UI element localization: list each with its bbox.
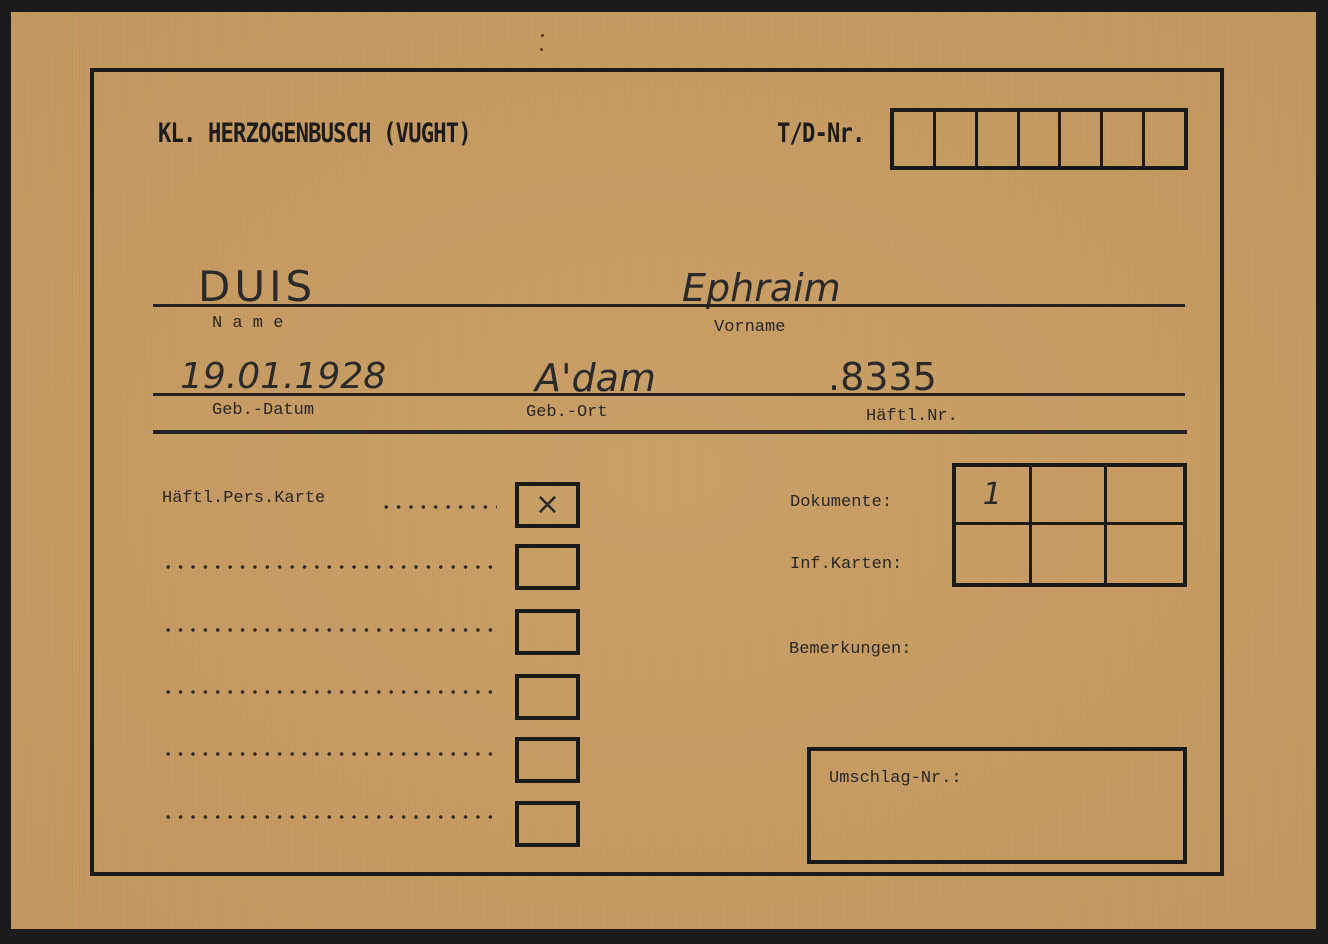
inf-karten-cell[interactable]	[1032, 525, 1108, 583]
fold-line	[71, 12, 84, 929]
geb-datum-value[interactable]: 19.01.1928	[180, 356, 386, 397]
paper-speck	[541, 34, 544, 37]
dokumente-label: Dokumente:	[790, 493, 892, 512]
camp-title: KL. HERZOGENBUSCH (VUGHT)	[158, 118, 471, 149]
geb-datum-label: Geb.-Datum	[212, 401, 314, 420]
checkbox-blank-4[interactable]	[515, 737, 580, 783]
name-label: N a m e	[212, 314, 283, 333]
dotted-leader	[162, 690, 497, 694]
td-number-cell[interactable]	[936, 112, 978, 166]
td-number-cell[interactable]	[894, 112, 936, 166]
inf-karten-cell[interactable]	[1107, 525, 1183, 583]
vorname-label: Vorname	[714, 318, 785, 337]
dotted-leader	[380, 505, 497, 509]
inf-karten-cell[interactable]	[956, 525, 1032, 583]
checkbox-blank-2[interactable]	[515, 609, 580, 655]
haeftl-nr-label: Häftl.Nr.	[866, 407, 958, 426]
documents-grid: 1	[952, 463, 1187, 587]
checkbox-blank-5[interactable]	[515, 801, 580, 847]
umschlag-label: Umschlag-Nr.:	[829, 769, 962, 788]
bemerkungen-label: Bemerkungen:	[789, 640, 911, 659]
td-number-cell[interactable]	[1145, 112, 1184, 166]
checkbox-blank-3[interactable]	[515, 674, 580, 720]
td-number-cell[interactable]	[1020, 112, 1062, 166]
geb-ort-label: Geb.-Ort	[526, 403, 608, 422]
paper-speck	[540, 48, 543, 51]
section-divider	[153, 430, 1187, 434]
td-number-label: T/D-Nr.	[777, 118, 865, 149]
dotted-leader	[162, 565, 497, 569]
dotted-leader	[162, 628, 497, 632]
td-number-boxes	[890, 108, 1188, 170]
birth-line	[153, 393, 1185, 396]
checkbox-haeftl-pers-karte[interactable]: ×	[515, 482, 580, 528]
umschlag-box[interactable]: Umschlag-Nr.:	[807, 747, 1187, 864]
name-line	[153, 304, 1185, 307]
inf-karten-label: Inf.Karten:	[790, 555, 902, 574]
dokumente-cell[interactable]	[1032, 467, 1108, 525]
td-number-cell[interactable]	[978, 112, 1020, 166]
checkbox-blank-1[interactable]	[515, 544, 580, 590]
dokumente-cell[interactable]: 1	[956, 467, 1032, 525]
td-number-cell[interactable]	[1061, 112, 1103, 166]
dotted-leader	[162, 815, 497, 819]
checklist-label-haeftl-pers-karte: Häftl.Pers.Karte	[162, 489, 325, 508]
dokumente-cell[interactable]	[1107, 467, 1183, 525]
td-number-cell[interactable]	[1103, 112, 1145, 166]
dotted-leader	[162, 752, 497, 756]
